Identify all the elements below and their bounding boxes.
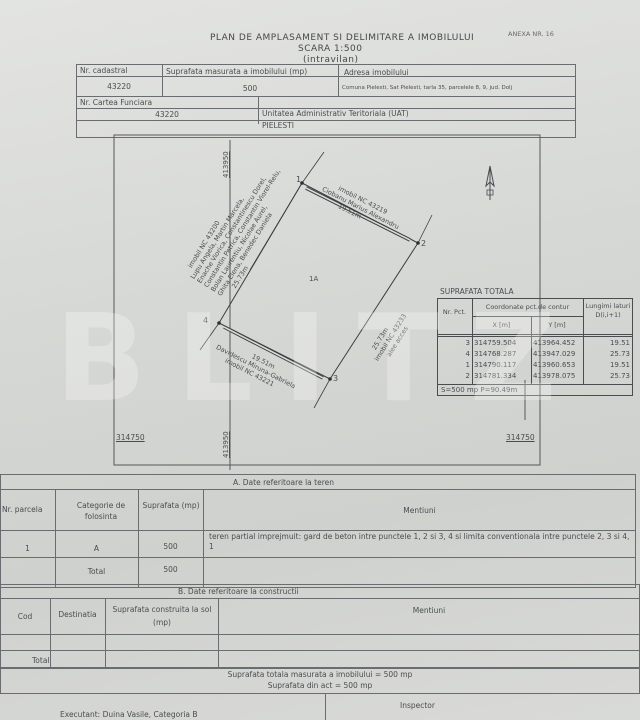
summary-total-measured: Suprafata totala masurata a imobilului =… xyxy=(0,670,640,679)
coord-row-length: 19.51 xyxy=(585,361,630,369)
coord-row-y: 413978.075 xyxy=(533,372,583,380)
section-a-row-categorie: A xyxy=(55,544,138,553)
coord-row-y: 413964.452 xyxy=(533,339,583,347)
site-plan-drawing xyxy=(0,0,640,470)
section-a-header-suprafata: Suprafata (mp) xyxy=(140,500,202,511)
north-arrow-icon xyxy=(486,166,494,200)
grid-label-y-bottom: 413950 xyxy=(222,431,230,458)
parcel-label: 1A xyxy=(309,275,318,283)
document-page: PLAN DE AMPLASAMENT SI DELIMITARE A IMOB… xyxy=(0,0,640,720)
section-b-total-label: Total xyxy=(32,656,50,665)
coord-table-footer: S=500 mp P=90.49m xyxy=(441,386,517,394)
coord-row-x: 314759.504 xyxy=(474,339,531,347)
inspector-label: Inspector xyxy=(400,701,435,710)
section-a-total-label: Total xyxy=(55,567,138,576)
section-b-title: B. Date referitoare la constructii xyxy=(178,587,299,596)
grid-label-y-top: 413950 xyxy=(222,151,230,178)
section-a-row-mentiuni: teren partial imprejmuit: gard de beton … xyxy=(209,532,633,552)
section-b-header-cod: Cod xyxy=(0,612,50,621)
point-label-2: 2 xyxy=(421,239,426,248)
section-a-header-categorie: Categorie de folosinta xyxy=(70,500,132,522)
coord-col-y: Y [m] xyxy=(531,321,583,329)
section-a-row-nr: 1 xyxy=(0,544,55,553)
coord-col-x: X [m] xyxy=(472,321,531,329)
coord-table-title: SUPRAFATA TOTALA xyxy=(440,287,514,296)
coord-row-x: 314790.117 xyxy=(474,361,531,369)
executant-label: Executant: Duina Vasile, Categoria B xyxy=(60,710,198,719)
coord-row-length: 25.73 xyxy=(585,350,630,358)
summary-from-act: Suprafata din act = 500 mp xyxy=(0,681,640,690)
coord-row-point: 2 xyxy=(437,372,470,380)
coord-row-x: 314768.287 xyxy=(474,350,531,358)
coord-row-x: 314781.334 xyxy=(474,372,531,380)
grid-label-x-left: 314750 xyxy=(116,433,145,442)
coord-row-length: 25.73 xyxy=(585,372,630,380)
coord-row-y: 413960.653 xyxy=(533,361,583,369)
coord-row-point: 1 xyxy=(437,361,470,369)
section-b-table xyxy=(0,584,640,668)
coord-row-length: 19.51 xyxy=(585,339,630,347)
grid-label-x-right: 314750 xyxy=(506,433,535,442)
section-a-header-mentiuni: Mentiuni xyxy=(203,506,636,515)
section-a-row-suprafata: 500 xyxy=(138,542,203,551)
section-a-title: A. Date referitoare la teren xyxy=(233,478,334,487)
coord-col-coord: Coordonate pct.de contur xyxy=(472,303,583,311)
coord-col-nr: Nr. Pct. xyxy=(437,308,472,316)
section-b-header-destinatia: Destinatia xyxy=(50,610,105,619)
coord-row-y: 413947.029 xyxy=(533,350,583,358)
point-label-4: 4 xyxy=(203,316,208,325)
point-label-3: 3 xyxy=(333,374,338,383)
coord-row-point: 3 xyxy=(437,339,470,347)
section-a-total-value: 500 xyxy=(138,565,203,574)
section-b-header-suprafata: Suprafata construita la sol (mp) xyxy=(106,603,218,629)
section-b-header-mentiuni: Mentiuni xyxy=(218,606,640,615)
section-a-header-nr: Nr. parcela xyxy=(2,505,42,514)
coord-col-length: Lungimi laturi D(i,i+1) xyxy=(585,302,631,320)
coord-row-point: 4 xyxy=(437,350,470,358)
